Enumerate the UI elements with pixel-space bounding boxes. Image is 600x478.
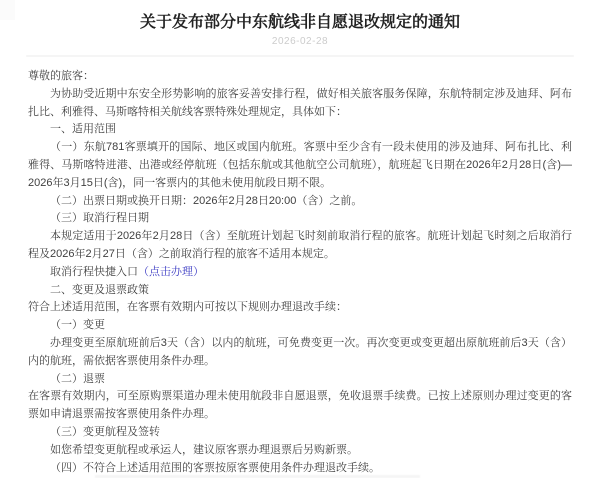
section1-item1: （一）东航781客票填开的国际、地区或国内航班。客票中至少含有一段未使用的涉及迪… xyxy=(28,139,572,192)
section1-item3-body: 本规定适用于2026年2月28日（含）至航班计划起飞时刻前取消行程的旅客。航班计… xyxy=(28,228,572,264)
section1-item2: （二）出票日期或换开日期：2026年2月28日20:00（含）之前。 xyxy=(28,193,572,211)
page-title: 关于发布部分中东航线非自愿退改规定的通知 xyxy=(30,13,570,33)
section1-heading: 一、适用范围 xyxy=(28,121,572,139)
title-divider xyxy=(26,55,574,57)
notice-body: 尊敬的旅客： 为协助受近期中东安全形势影响的旅客妥善安排行程，做好相关旅客服务保… xyxy=(28,68,572,477)
section2-item1-body: 办理变更至原航班前后3天（含）以内的航班，可免费变更一次。再次变更或变更超出原航… xyxy=(28,335,572,371)
notice-page: 关于发布部分中东航线非自愿退改规定的通知 2026-02-28 尊敬的旅客： 为… xyxy=(0,0,600,478)
corner-artifact xyxy=(0,0,15,20)
publish-date: 2026-02-28 xyxy=(0,36,600,47)
section2-item3-heading: （三）变更航程及签转 xyxy=(28,424,572,442)
section1-item3-heading: （三）取消行程日期 xyxy=(28,210,572,228)
section2-intro: 符合上述适用范围，在客票有效期内可按以下规则办理退改手续： xyxy=(28,299,572,317)
salutation: 尊敬的旅客： xyxy=(28,68,572,86)
quick-entry-line: 取消行程快捷入口（点击办理） xyxy=(28,264,572,282)
section2-item2-heading: （二）退票 xyxy=(28,371,572,389)
section2-heading: 二、变更及退票政策 xyxy=(28,282,572,300)
intro-paragraph: 为协助受近期中东安全形势影响的旅客妥善安排行程，做好相关旅客服务保障，东航特制定… xyxy=(28,86,572,122)
quick-entry-label: 取消行程快捷入口 xyxy=(50,266,138,278)
section2-item2-body: 在客票有效期内，可至原购票渠道办理未使用航段非自愿退票，免收退票手续费。已按上述… xyxy=(28,388,572,424)
quick-entry-link[interactable]: （点击办理） xyxy=(138,266,204,278)
section2-item3-body: 如您希望变更航程或承运人，建议原客票办理退票后另购新票。 xyxy=(28,442,572,460)
section2-item1-heading: （一）变更 xyxy=(28,317,572,335)
